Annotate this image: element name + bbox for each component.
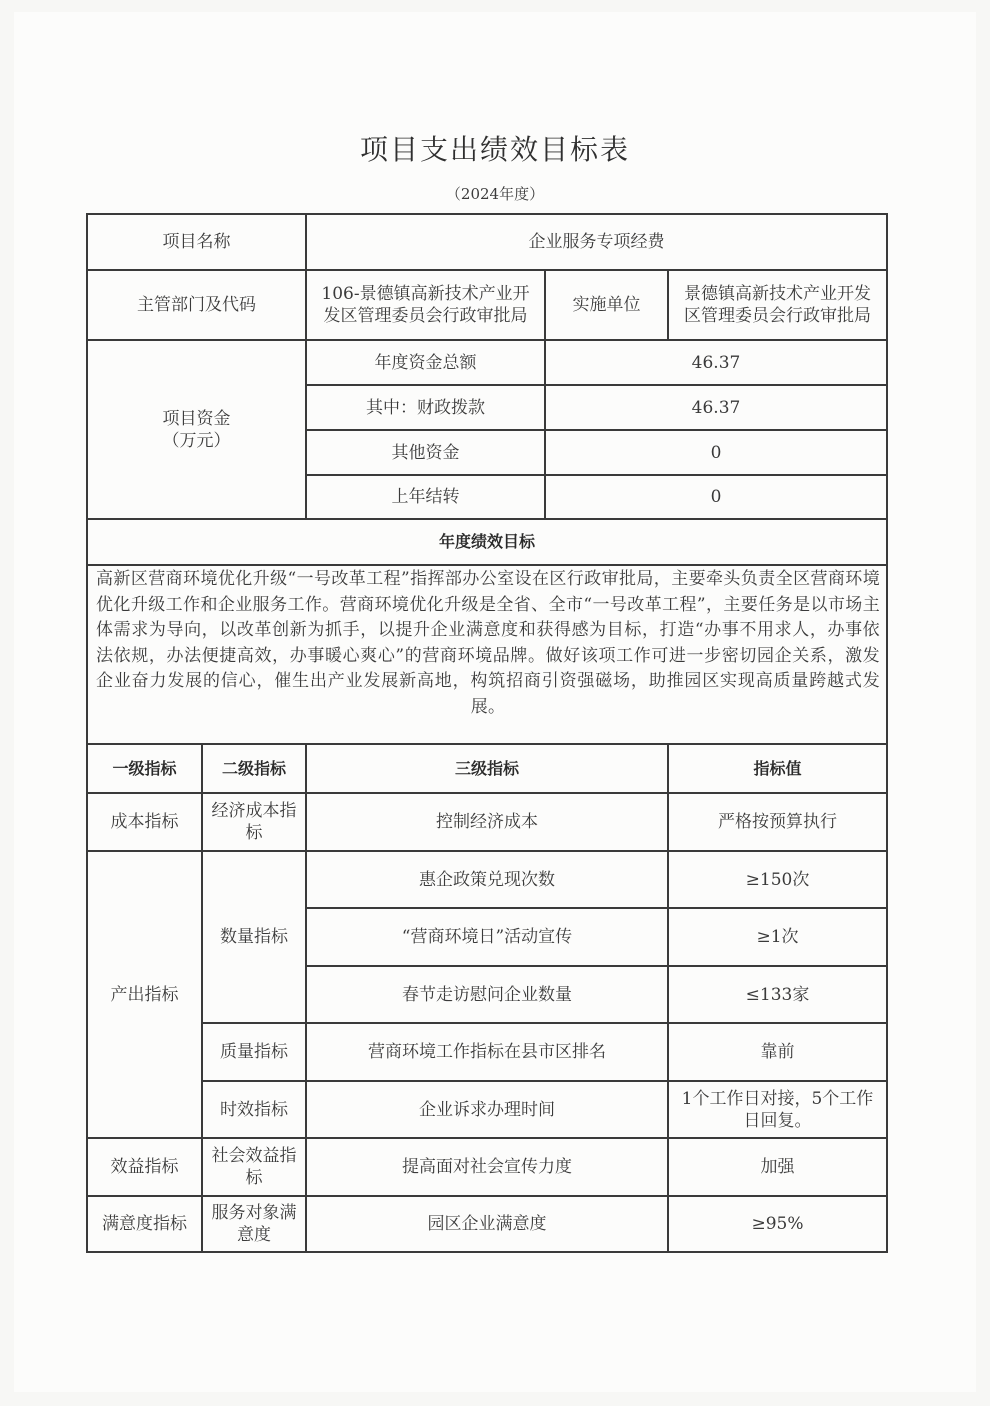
document-title: 项目支出绩效目标表 [0, 128, 990, 168]
funds-row-label: 上年结转 [307, 476, 544, 518]
funds-row-value: 0 [546, 476, 886, 518]
funds-label: 项目资金 （万元） [88, 341, 305, 518]
level1-output: 产出指标 [88, 852, 201, 1137]
indicator-value: 加强 [669, 1139, 886, 1195]
annual-goal-text: 高新区营商环境优化升级“一号改革工程”指挥部办公室设在区行政审批局，主要牵头负责… [96, 567, 880, 720]
level1-benefit: 效益指标 [88, 1139, 201, 1195]
level3-cell: 提高面对社会宣传力度 [307, 1139, 667, 1195]
header-level1: 一级指标 [88, 745, 201, 792]
project-name-value: 企业服务专项经费 [307, 215, 886, 269]
indicator-value: ≥95% [669, 1197, 886, 1251]
funds-row-label: 其中：财政拨款 [307, 386, 544, 429]
funds-label-line1: 项目资金 [163, 408, 231, 430]
funds-row-label: 年度资金总额 [307, 341, 544, 384]
impl-unit-value: 景德镇高新技术产业开发区管理委员会行政审批局 [669, 271, 886, 339]
level3-cell: 春节走访慰问企业数量 [307, 967, 667, 1022]
annual-goal-heading: 年度绩效目标 [88, 520, 886, 564]
level2-quality: 质量指标 [203, 1024, 305, 1080]
level3-cell: 企业诉求办理时间 [307, 1082, 667, 1137]
level1-cost: 成本指标 [88, 794, 201, 850]
level2-social-benefit: 社会效益指标 [203, 1139, 305, 1195]
level2-timeliness: 时效指标 [203, 1082, 305, 1137]
indicator-value: ≤133家 [669, 967, 886, 1022]
level3-cell: 惠企政策兑现次数 [307, 852, 667, 907]
funds-row-value: 46.37 [546, 341, 886, 384]
level2-quantity: 数量指标 [203, 852, 305, 1022]
dept-label: 主管部门及代码 [88, 271, 305, 339]
level2-economic-cost: 经济成本指标 [203, 794, 305, 850]
document-subtitle: （2024年度） [0, 183, 990, 204]
funds-row-value: 46.37 [546, 386, 886, 429]
dept-value: 106-景德镇高新技术产业开发区管理委员会行政审批局 [307, 271, 544, 339]
level3-cell: 园区企业满意度 [307, 1197, 667, 1251]
funds-row-label: 其他资金 [307, 431, 544, 474]
level3-cell: 控制经济成本 [307, 794, 667, 850]
project-name-label: 项目名称 [88, 215, 305, 269]
level2-service-satisfaction: 服务对象满意度 [203, 1197, 305, 1251]
level3-cell: 营商环境工作指标在县市区排名 [307, 1024, 667, 1080]
funds-row-value: 0 [546, 431, 886, 474]
level3-cell: “营商环境日”活动宣传 [307, 909, 667, 965]
indicator-value: 严格按预算执行 [669, 794, 886, 850]
impl-unit-label: 实施单位 [546, 271, 667, 339]
header-value: 指标值 [669, 745, 886, 792]
header-level3: 三级指标 [307, 745, 667, 792]
indicator-value: ≥1次 [669, 909, 886, 965]
indicator-value: 1个工作日对接，5个工作日回复。 [669, 1082, 886, 1137]
funds-label-line2: （万元） [163, 430, 231, 452]
level1-satisfaction: 满意度指标 [88, 1197, 201, 1251]
indicator-value: ≥150次 [669, 852, 886, 907]
indicator-value: 靠前 [669, 1024, 886, 1080]
header-level2: 二级指标 [203, 745, 305, 792]
